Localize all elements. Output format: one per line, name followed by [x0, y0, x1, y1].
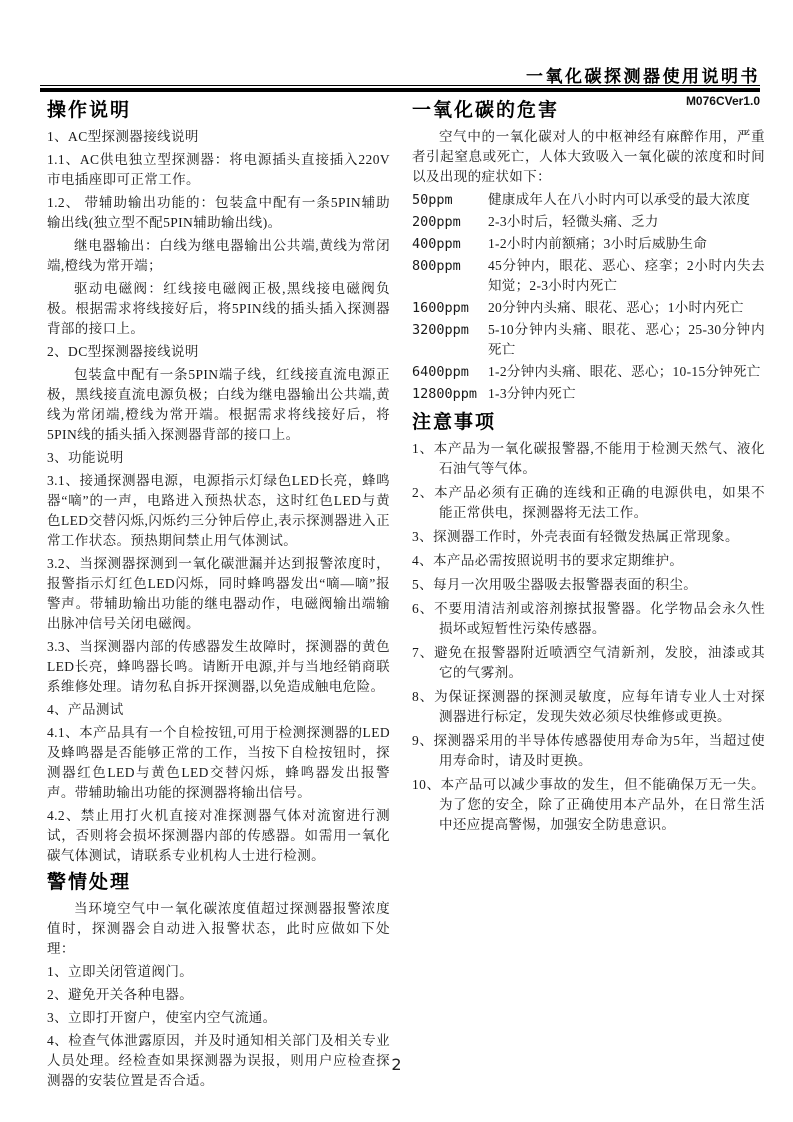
ppm-description: 5-10分钟内头痛、眼花、恶心；25-30分钟内死亡	[488, 320, 765, 360]
note-item: 4、本产品必需按照说明书的要求定期维护。	[412, 551, 765, 571]
right-column: 一氧化碳的危害 空气中的一氧化碳对人的中枢神经有麻醉作用，严重者引起窒息或死亡，…	[412, 98, 765, 1094]
note-item: 1、本产品为一氧化碳报警器,不能用于检测天然气、液化石油气等气体。	[412, 439, 765, 479]
paragraph: 2、避免开关各种电器。	[47, 985, 390, 1005]
note-item: 8、为保证探测器的探测灵敏度，应每年请专业人士对探测器进行标定，发现失效必须尽快…	[412, 687, 765, 727]
section-heading-alarm-handling: 警情处理	[47, 870, 390, 894]
ppm-value: 12800ppm	[412, 384, 488, 404]
paragraph: 4、产品测试	[47, 700, 390, 720]
table-row: 200ppm 2-3小时后，轻微头痛、乏力	[412, 212, 765, 232]
ppm-value: 800ppm	[412, 256, 488, 296]
left-column: 操作说明 1、AC型探测器接线说明 1.1、AC供电独立型探测器：将电源插头直接…	[47, 98, 390, 1094]
table-row: 50ppm 健康成年人在八小时内可以承受的最大浓度	[412, 190, 765, 210]
document-title: 一氧化碳探测器使用说明书	[526, 62, 760, 87]
note-item: 9、探测器采用的半导体传感器使用寿命为5年，当超过使用寿命时，请及时更换。	[412, 731, 765, 771]
paragraph: 1、立即关闭管道阀门。	[47, 962, 390, 982]
table-row: 6400ppm 1-2分钟内头痛、眼花、恶心；10-15分钟死亡	[412, 362, 765, 382]
note-item: 6、不要用清洁剂或溶剂擦拭报警器。化学物品会永久性损坏或短暂性污染传感器。	[412, 599, 765, 639]
paragraph: 包装盒中配有一条5PIN端子线，红线接直流电源正极，黑线接直流电源负极；白线为继…	[47, 365, 390, 445]
paragraph: 1.1、AC供电独立型探测器：将电源插头直接插入220V市电插座即可正常工作。	[47, 150, 390, 190]
paragraph: 驱动电磁阀：红线接电磁阀正极,黑线接电磁阀负极。根据需求将线接好后，将5PIN线…	[47, 279, 390, 339]
content-columns: 操作说明 1、AC型探测器接线说明 1.1、AC供电独立型探测器：将电源插头直接…	[47, 98, 765, 1094]
paragraph: 3.3、当探测器内部的传感器发生故障时，探测器的黄色LED长亮，蜂鸣器长鸣。请断…	[47, 637, 390, 697]
note-item: 10、本产品可以减少事故的发生，但不能确保万无一失。为了您的安全，除了正确使用本…	[412, 775, 765, 835]
ppm-description: 1-2小时内前额痛；3小时后威胁生命	[488, 234, 765, 254]
header-rule-thin	[40, 85, 760, 86]
paragraph: 1.2、 带辅助输出功能的：包装盒中配有一条5PIN辅助输出线(独立型不配5PI…	[47, 193, 390, 233]
ppm-description: 1-3分钟内死亡	[488, 384, 765, 404]
paragraph: 3、立即打开窗户，使室内空气流通。	[47, 1008, 390, 1028]
section-heading-co-hazard: 一氧化碳的危害	[412, 98, 765, 122]
table-row: 400ppm 1-2小时内前额痛；3小时后威胁生命	[412, 234, 765, 254]
paragraph: 1、AC型探测器接线说明	[47, 127, 390, 147]
ppm-description: 1-2分钟内头痛、眼花、恶心；10-15分钟死亡	[488, 362, 765, 382]
ppm-value: 50ppm	[412, 190, 488, 210]
paragraph: 空气中的一氧化碳对人的中枢神经有麻醉作用，严重者引起窒息或死亡，人体大致吸入一氧…	[412, 127, 765, 187]
note-item: 5、每月一次用吸尘器吸去报警器表面的积尘。	[412, 575, 765, 595]
table-row: 3200ppm 5-10分钟内头痛、眼花、恶心；25-30分钟内死亡	[412, 320, 765, 360]
ppm-hazard-table: 50ppm 健康成年人在八小时内可以承受的最大浓度 200ppm 2-3小时后，…	[412, 190, 765, 404]
paragraph: 3、功能说明	[47, 448, 390, 468]
table-row: 1600ppm 20分钟内头痛、眼花、恶心；1小时内死亡	[412, 298, 765, 318]
ppm-value: 400ppm	[412, 234, 488, 254]
table-row: 12800ppm 1-3分钟内死亡	[412, 384, 765, 404]
paragraph: 继电器输出：白线为继电器输出公共端,黄线为常闭端,橙线为常开端；	[47, 236, 390, 276]
ppm-value: 6400ppm	[412, 362, 488, 382]
section-heading-operation: 操作说明	[47, 98, 390, 122]
ppm-value: 200ppm	[412, 212, 488, 232]
paragraph: 3.2、当探测器探测到一氧化碳泄漏并达到报警浓度时，报警指示灯红色LED闪烁，同…	[47, 554, 390, 634]
ppm-description: 20分钟内头痛、眼花、恶心；1小时内死亡	[488, 298, 765, 318]
paragraph: 4.1、本产品具有一个自检按钮,可用于检测探测器的LED及蜂鸣器是否能够正常的工…	[47, 723, 390, 803]
page-number: 2	[0, 1055, 793, 1074]
note-item: 2、本产品必须有正确的连线和正确的电源供电，如果不能正常供电，探测器将无法工作。	[412, 483, 765, 523]
table-row: 800ppm 45分钟内，眼花、恶心、痉挛；2小时内失去知觉；2-3小时内死亡	[412, 256, 765, 296]
paragraph: 2、DC型探测器接线说明	[47, 342, 390, 362]
manual-page: 一氧化碳探测器使用说明书 M076CVer1.0 操作说明 1、AC型探测器接线…	[0, 0, 793, 1122]
paragraph: 3.1、接通探测器电源，电源指示灯绿色LED长亮，蜂鸣器“嘀”的一声，电路进入预…	[47, 471, 390, 551]
paragraph: 当环境空气中一氧化碳浓度值超过探测器报警浓度值时，探测器会自动进入报警状态，此时…	[47, 899, 390, 959]
header-rule-thick	[40, 88, 760, 92]
ppm-value: 3200ppm	[412, 320, 488, 360]
ppm-description: 健康成年人在八小时内可以承受的最大浓度	[488, 190, 765, 210]
note-item: 7、避免在报警器附近喷洒空气清新剂，发胶，油漆或其它的气雾剂。	[412, 643, 765, 683]
ppm-description: 2-3小时后，轻微头痛、乏力	[488, 212, 765, 232]
section-heading-notes: 注意事项	[412, 410, 765, 434]
paragraph: 4.2、禁止用打火机直接对准探测器气体对流窗进行测试，否则将会损坏探测器内部的传…	[47, 806, 390, 866]
ppm-value: 1600ppm	[412, 298, 488, 318]
ppm-description: 45分钟内，眼花、恶心、痉挛；2小时内失去知觉；2-3小时内死亡	[488, 256, 765, 296]
note-item: 3、探测器工作时，外壳表面有轻微发热属正常现象。	[412, 527, 765, 547]
